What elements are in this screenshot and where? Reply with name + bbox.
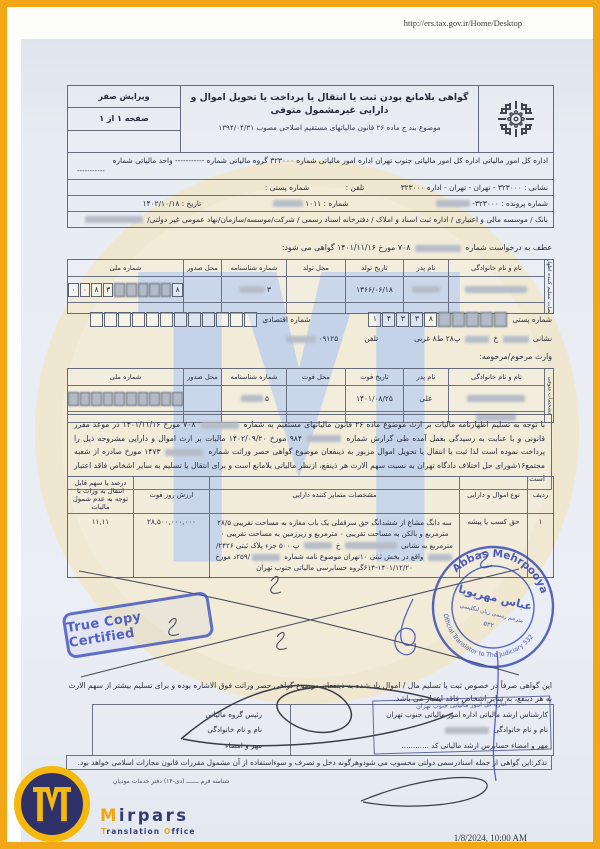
asset-col-desc: مشخصات متمایز کننده دارایی: [209, 477, 459, 513]
col-header-issue: محل صدور: [183, 260, 221, 276]
col-header-deathdate: تاریخ فوت: [345, 369, 403, 385]
redacted-digit-box: [161, 392, 172, 406]
redacted-digit-box: [126, 392, 137, 406]
deceased-national-id-boxes: [68, 386, 183, 411]
redacted-digit-box: [68, 392, 79, 406]
deceased-deathdate: ۱۴۰۱/۰۸/۲۵: [345, 386, 403, 411]
redacted-value: [201, 422, 239, 429]
redacted-digit-box: [172, 392, 183, 406]
phone-value: ۰۹۱۲۵: [284, 334, 338, 343]
codes-row: شماره پستی ۱۴۳۳۸ شماره اقتصادی: [67, 312, 552, 327]
scanned-document-page: گواهی بلامانع بودن ثبت یا انتقال یا پردا…: [21, 39, 593, 845]
declarant-birthdate: ۱۳۶۶/۰۶/۱۸: [345, 277, 403, 302]
deceased-id-number: ۵: [221, 386, 286, 411]
chief-name-label: نام و نام خانوادگی: [95, 725, 262, 734]
digit-box: [118, 312, 131, 327]
notice-box: تذکر:این گواهی از جمله اسنادرسمی دولتی م…: [66, 755, 552, 770]
office-address-line: نشانی : ۳۲۳۰۰۰ - تهران - تهران - اداره ۳…: [68, 180, 553, 196]
redacted-digit-box: [114, 392, 125, 406]
office-stamp-box: اداره کل امور مالیاتی جنوب تهران: [372, 696, 551, 755]
file-number: شماره پرونده : ۳۲۳۰۰۰-: [349, 198, 549, 209]
redacted-value: [241, 395, 263, 402]
file-number-line: شماره پرونده : ۳۲۳۰۰۰- شماره : ۱۰۱۱ تاری…: [68, 196, 553, 212]
office-phone-label: تلفن :: [346, 183, 365, 192]
redacted-value: [467, 395, 525, 402]
document-content: گواهی بلامانع بودن ثبت یا انتقال یا پردا…: [21, 39, 593, 845]
redacted-value: [307, 435, 341, 442]
redacted-value: [465, 286, 527, 293]
declarant-address-row: نشانی خ پ۲۸ ط۸ غربی تلفن ۰۹۱۲۵: [67, 334, 552, 343]
chief-seal-label: مهر و امضاء: [95, 741, 262, 750]
digit-box: [90, 312, 103, 327]
asset-description: سه دانگ مشاع از ششدانگ حق سرقفلی یک باب …: [209, 514, 459, 577]
declarant-value-row: ۱۳۶۶/۰۶/۱۸ ۳ ۰۰۸۳۸: [68, 277, 544, 303]
economic-code-boxes: [90, 312, 257, 327]
postal-code-boxes: ۱۴۳۳۸: [368, 312, 507, 327]
declarant-header-row: نام و نام خانوادگی نام پدر تاریخ تولد مح…: [68, 260, 544, 277]
col-header-birthdate: تاریخ تولد: [345, 260, 403, 276]
recipients-line: بانک / موسسه مالی و اعتباری / اداره ثبت …: [68, 212, 553, 227]
deceased-deathplace: [286, 386, 345, 411]
mirpars-logo: [14, 766, 90, 842]
declarant-issue-place: [183, 277, 221, 302]
redacted-digit-box: [466, 312, 479, 327]
digit-box: [174, 312, 187, 327]
economic-code-label: شماره اقتصادی: [262, 315, 310, 324]
deceased-header-row: نام و نام خانوادگی نام پدر تاریخ فوت محل…: [68, 369, 544, 386]
redacted-digit-box: [138, 283, 149, 297]
deceased-name: [448, 386, 544, 411]
declarant-national-id-boxes: ۰۰۸۳۸: [68, 277, 183, 302]
digit-box: [146, 312, 159, 327]
digit-box: ۰: [80, 283, 91, 297]
redacted-digit-box: [149, 283, 160, 297]
asset-col-type: نوع اموال و دارایی: [459, 477, 527, 513]
doc-title: گواهی بلامانع بودن ثبت یا انتقال یا پردا…: [189, 91, 470, 118]
office-address: نشانی : ۳۲۳۰۰۰ - تهران - تهران - اداره ۳…: [401, 183, 548, 192]
stamp-number: ۵۳۲: [483, 619, 495, 629]
digit-box: ۳: [396, 312, 409, 327]
redacted-value: [286, 336, 316, 343]
deceased-value-row: علی ۱۴۰۱/۰۸/۲۵ ۵: [68, 386, 544, 412]
redacted-digit-box: [114, 283, 125, 297]
asset-value: ۲۸,۵۰۰,۰۰۰,۰۰۰: [147, 517, 196, 577]
office-dashes: -----------: [73, 166, 548, 177]
redacted-value: [465, 336, 489, 343]
redacted-value: [503, 336, 529, 343]
redacted-value: [345, 542, 397, 549]
declarant-side-label: مشخصات تسلیم کننده اظهارنامه: [544, 260, 553, 313]
redacted-digit-box: [494, 312, 507, 327]
redacted-digit-box: [80, 392, 91, 406]
digit-box: ۴: [382, 312, 395, 327]
asset-col-value: ارزش روز فوت: [133, 477, 209, 513]
digit-box: ۸: [424, 312, 437, 327]
redacted-digit-box: [438, 312, 451, 327]
declarant-father: [403, 277, 448, 302]
asset-header-row: ردیف نوع اموال و دارایی مشخصات متمایز کن…: [68, 477, 553, 514]
office-stamp-text: اداره کل امور مالیاتی جنوب تهران: [416, 700, 507, 711]
col-header-id: شماره شناسنامه: [221, 369, 286, 385]
col-header-issue: محل صدور: [183, 369, 221, 385]
col-header-deathplace: محل فوت: [286, 369, 345, 385]
col-header-birthplace: محل تولد: [286, 260, 345, 276]
redacted-value: [165, 449, 203, 456]
digit-box: ۳: [410, 312, 423, 327]
col-header-id: شماره شناسنامه: [221, 260, 286, 276]
doc-header-table: گواهی بلامانع بودن ثبت یا انتقال یا پردا…: [67, 85, 554, 153]
digit-box: [132, 312, 145, 327]
redacted-value: [252, 554, 280, 561]
letter-number: شماره : ۱۰۱۱: [201, 198, 348, 209]
tax-emblem-cell: [478, 86, 553, 152]
asset-share: ۱۱,۱۱: [92, 517, 110, 577]
col-header-name: نام و نام خانوادگی: [448, 369, 544, 385]
deceased-father: علی: [403, 386, 448, 411]
declarant-address: نشانی خ پ۲۸ ط۸ غربی: [414, 334, 552, 343]
doc-subtitle: موضوع بند ج ماده ۲۶ قانون مالیاتهای مستق…: [189, 123, 470, 132]
screenshot-root: http://ers.tax.gov.ir/Home/Desktop: [0, 0, 600, 849]
redacted-value: [304, 542, 332, 549]
redacted-digit-box: [480, 312, 493, 327]
print-datetime: 1/8/2024, 10:00 AM: [437, 833, 527, 843]
form-id-note: شناسه فرم ـــــــ (دی-۱۴) دفتر خدمات مود…: [113, 778, 229, 785]
asset-col-share: درصد یا سهم قابل انتقال به وراث با توجه …: [68, 477, 133, 513]
chief-role: رئیس گروه مالیاتی: [95, 710, 262, 719]
asset-col-row: ردیف: [527, 477, 553, 513]
digit-box: ۰: [68, 283, 79, 297]
declarant-birthplace: [286, 277, 345, 302]
redacted-digit-box: [91, 392, 102, 406]
redacted-digit-box: [161, 283, 172, 297]
redacted-value: [239, 286, 265, 293]
digit-box: ۸: [172, 283, 183, 297]
brand-name: Mirpars: [100, 806, 189, 825]
digit-box: [104, 312, 117, 327]
redacted-digit-box: [126, 283, 137, 297]
col-header-father: نام پدر: [403, 260, 448, 276]
redacted-digit-box: [149, 392, 160, 406]
print-header-url: http://ers.tax.gov.ir/Home/Desktop: [382, 18, 522, 28]
logo-m-icon: [33, 787, 71, 822]
edition-label: ویرایش صفر: [68, 86, 180, 108]
redacted-value: [415, 245, 461, 252]
redacted-value: [412, 286, 440, 293]
tax-office-block: اداره کل امور مالیاتی اداره کل امور مالی…: [67, 153, 554, 228]
heir-heading: وارث مرحوم/مرحومه:: [67, 352, 552, 361]
digit-box: [230, 312, 243, 327]
letter-date: تاریخ : ۱۴۰۲/۱۰/۱۸: [73, 198, 201, 209]
redacted-value: [85, 216, 143, 223]
tax-administration-emblem-icon: [495, 98, 537, 140]
digit-box: [188, 312, 201, 327]
digit-box: ۳: [103, 283, 114, 297]
redacted-digit-box: [138, 392, 149, 406]
digit-box: [216, 312, 229, 327]
redacted-value: [436, 200, 470, 207]
col-header-father: نام پدر: [403, 369, 448, 385]
digit-box: ۱: [368, 312, 381, 327]
phone-label: تلفن: [364, 334, 378, 343]
deceased-issue-place: [183, 386, 221, 411]
office-line: اداره کل امور مالیاتی اداره کل امور مالی…: [68, 153, 553, 180]
declarant-name: [448, 277, 544, 302]
col-header-nationalid: شماره ملی: [68, 260, 183, 276]
reference-line: عطف به درخواست شماره ۷۰۸ مورخ ۱۴۰۱/۱۱/۱۶…: [67, 243, 552, 252]
office-postal-label: شماره پستی :: [265, 183, 309, 192]
digit-box: [202, 312, 215, 327]
digit-box: [244, 312, 257, 327]
redacted-value: [273, 200, 303, 207]
chief-signature-cell: رئیس گروه مالیاتی نام و نام خانوادگی مهر…: [93, 705, 290, 755]
digit-box: [160, 312, 173, 327]
brand-tagline: Translation Office: [101, 827, 196, 836]
page-number-label: صفحه ۱ از ۱: [68, 108, 180, 130]
declarant-table: مشخصات تسلیم کننده اظهارنامه نام و نام خ…: [67, 259, 554, 314]
postal-code-label: شماره پستی: [512, 315, 552, 324]
digit-box: ۸: [91, 283, 102, 297]
meta-empty-row: [68, 131, 180, 152]
declarant-id-number: ۳: [221, 277, 286, 302]
col-header-nationalid: شماره ملی: [68, 369, 183, 385]
doc-meta-cell: ویرایش صفر صفحه ۱ از ۱: [68, 86, 181, 152]
redacted-digit-box: [103, 392, 114, 406]
redacted-digit-box: [452, 312, 465, 327]
office-line-text: اداره کل امور مالیاتی اداره کل امور مالی…: [113, 156, 548, 165]
col-header-name: نام و نام خانوادگی: [448, 260, 544, 276]
